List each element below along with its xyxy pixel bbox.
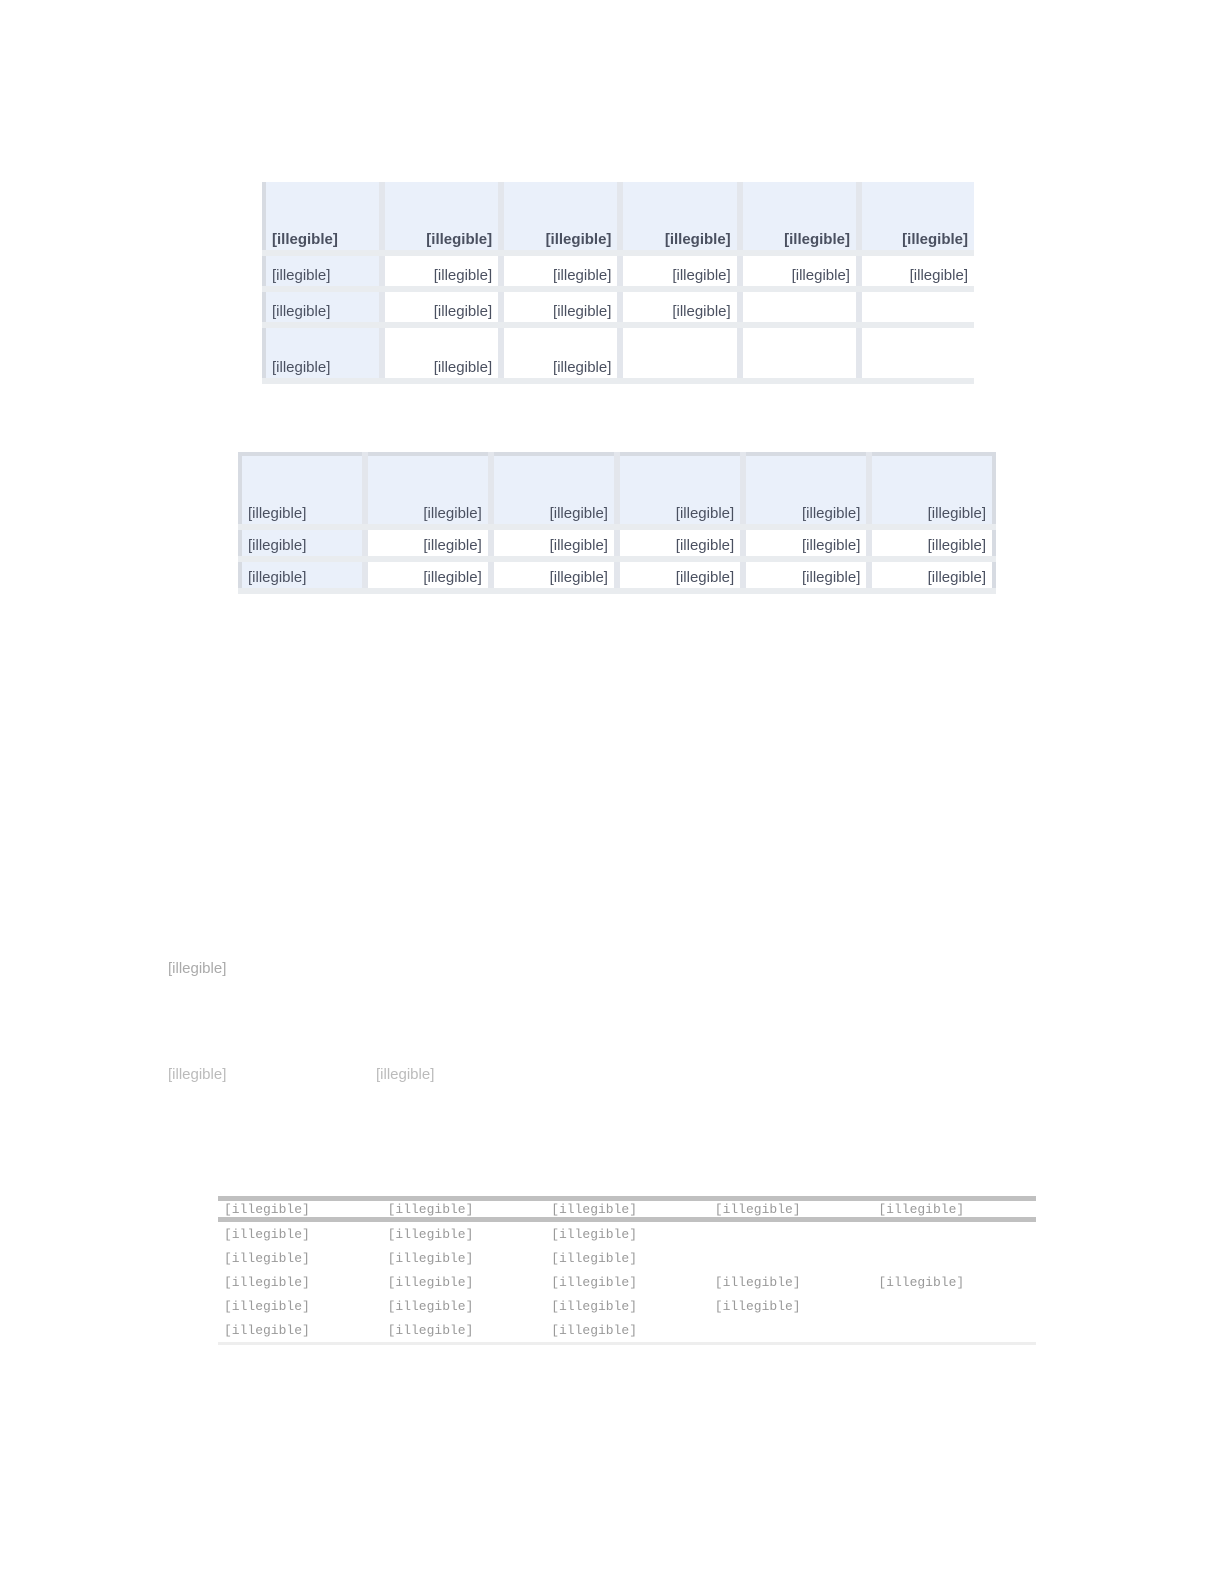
cell: [illegible] (218, 1294, 382, 1318)
header-cell: [illegible] (620, 182, 739, 253)
table-header-row: [illegible] [illegible] [illegible] [ill… (240, 454, 994, 527)
table-row: [illegible] [illegible] [illegible] [ill… (264, 253, 974, 289)
anova-output-table: [illegible] [illegible] [illegible] [ill… (218, 1196, 1036, 1345)
cell: [illegible] (365, 559, 491, 591)
cell: [illegible] (545, 1246, 709, 1270)
cell (740, 289, 859, 325)
cell: [illegible] (501, 253, 620, 289)
header-cell: [illegible] (743, 454, 869, 527)
cell: [illegible] (382, 1318, 546, 1344)
cell: [illegible] (382, 253, 501, 289)
cell: [illegible] (869, 559, 994, 591)
cell: [illegible] (743, 527, 869, 559)
row-label: [illegible] (264, 253, 382, 289)
cell: [illegible] (501, 289, 620, 325)
anova-table-2: [illegible] [illegible] [illegible] [ill… (238, 452, 996, 594)
cell (872, 1220, 1036, 1247)
cell (872, 1318, 1036, 1344)
table-row: [illegible] [illegible] [illegible] [ill… (264, 289, 974, 325)
anova-table-1: [illegible] [illegible] [illegible] [ill… (262, 182, 974, 384)
short-line: [illegible] [illegible] (168, 1066, 226, 1083)
row-label: [illegible] (264, 289, 382, 325)
header-cell: [illegible] (365, 454, 491, 527)
table-row: [illegible] [illegible] [illegible] [ill… (218, 1294, 1036, 1318)
header-cell: [illegible] (859, 182, 974, 253)
cell (709, 1318, 873, 1344)
cell: [illegible] (740, 253, 859, 289)
header-cell: [illegible] (382, 1199, 546, 1220)
header-cell: [illegible] (501, 182, 620, 253)
table-row: [illegible] [illegible] [illegible] [ill… (240, 559, 994, 591)
header-cell: [illegible] (491, 454, 617, 527)
table-header-row: [illegible] [illegible] [illegible] [ill… (218, 1199, 1036, 1220)
cell: [illegible] (382, 289, 501, 325)
cell: [illegible] (218, 1270, 382, 1294)
cell: [illegible] (491, 527, 617, 559)
row-label: [illegible] (264, 325, 382, 381)
row-label: [illegible] (240, 559, 365, 591)
header-cell: [illegible] (869, 454, 994, 527)
header-cell: [illegible] (617, 454, 743, 527)
header-cell: [illegible] (264, 182, 382, 253)
cell (872, 1294, 1036, 1318)
cell: [illegible] (709, 1270, 873, 1294)
cell: [illegible] (382, 325, 501, 381)
cell (872, 1246, 1036, 1270)
cell: [illegible] (545, 1318, 709, 1344)
cell: [illegible] (545, 1270, 709, 1294)
paragraph-text: [illegible] (168, 960, 1048, 977)
cell: [illegible] (709, 1294, 873, 1318)
cell: [illegible] (617, 527, 743, 559)
header-cell: [illegible] (382, 182, 501, 253)
header-cell: [illegible] (240, 454, 365, 527)
cell: [illegible] (872, 1270, 1036, 1294)
table-row: [illegible] [illegible] [illegible] (218, 1220, 1036, 1247)
cell: [illegible] (382, 1220, 546, 1247)
cell (620, 325, 739, 381)
header-cell: [illegible] (872, 1199, 1036, 1220)
cell: [illegible] (620, 289, 739, 325)
cell: [illegible] (491, 559, 617, 591)
row-label: [illegible] (240, 527, 365, 559)
cell: [illegible] (859, 253, 974, 289)
header-cell: [illegible] (218, 1199, 382, 1220)
cell (859, 325, 974, 381)
table-header-row: [illegible] [illegible] [illegible] [ill… (264, 182, 974, 253)
cell: [illegible] (365, 527, 491, 559)
header-cell: [illegible] (709, 1199, 873, 1220)
cell: [illegible] (545, 1294, 709, 1318)
short-line-end: [illegible] (376, 1066, 434, 1083)
table-row: [illegible] [illegible] [illegible] (218, 1318, 1036, 1344)
table-row: [illegible] [illegible] [illegible] (264, 325, 974, 381)
short-line-start: [illegible] (168, 1066, 226, 1083)
cell: [illegible] (218, 1318, 382, 1344)
cell: [illegible] (218, 1220, 382, 1247)
cell: [illegible] (382, 1294, 546, 1318)
header-cell: [illegible] (545, 1199, 709, 1220)
table-row: [illegible] [illegible] [illegible] [ill… (218, 1270, 1036, 1294)
cell: [illegible] (382, 1270, 546, 1294)
table-row: [illegible] [illegible] [illegible] (218, 1246, 1036, 1270)
cell: [illegible] (617, 559, 743, 591)
cell: [illegible] (501, 325, 620, 381)
table-row: [illegible] [illegible] [illegible] [ill… (240, 527, 994, 559)
cell: [illegible] (620, 253, 739, 289)
cell: [illegible] (743, 559, 869, 591)
cell (709, 1220, 873, 1247)
cell: [illegible] (382, 1246, 546, 1270)
cell: [illegible] (545, 1220, 709, 1247)
cell (740, 325, 859, 381)
cell: [illegible] (869, 527, 994, 559)
cell (709, 1246, 873, 1270)
cell (859, 289, 974, 325)
cell: [illegible] (218, 1246, 382, 1270)
header-cell: [illegible] (740, 182, 859, 253)
